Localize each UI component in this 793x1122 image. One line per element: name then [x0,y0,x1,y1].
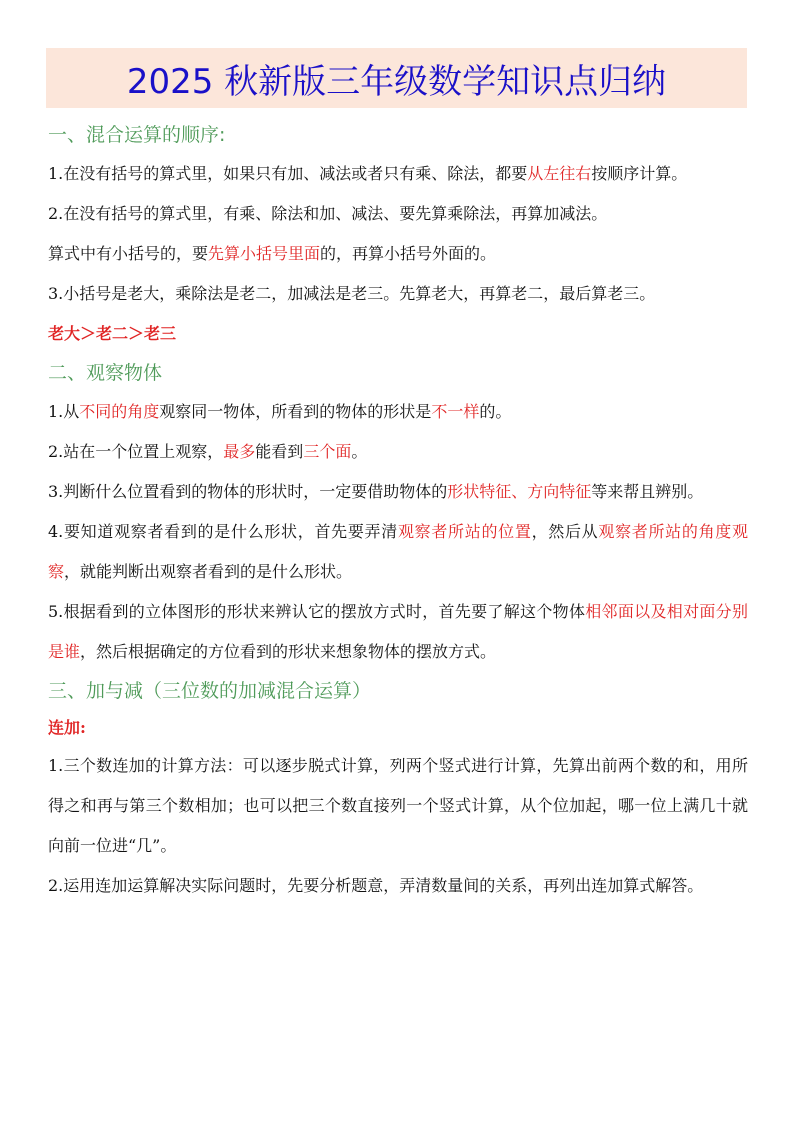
paragraph: 1.在没有括号的算式里，如果只有加、减法或者只有乘、除法，都要从左往右按顺序计算… [48,154,748,194]
highlighted-text: 不同的角度 [79,402,159,421]
body-text: 2.运用连加运算解决实际问题时，先要分析题意，弄清数量间的关系，再列出连加算式解… [48,876,703,895]
body-text: 的，再算小括号外面的。 [320,244,496,263]
body-text: 1.从 [48,402,79,421]
document-title: 2025 秋新版三年级数学知识点归纳 [127,54,666,103]
section-heading: 二、观察物体 [48,354,748,392]
body-text: 1.在没有括号的算式里，如果只有加、减法或者只有乘、除法，都要 [48,164,527,183]
body-text: 的。 [479,402,511,421]
paragraph: 4.要知道观察者看到的是什么形状，首先要弄清观察者所站的位置，然后从观察者所站的… [48,512,748,592]
body-text: 2.在没有括号的算式里，有乘、除法和加、减法、要先算乘除法，再算加减法。 [48,204,607,223]
body-text: 能看到 [255,442,303,461]
section-1: 一、混合运算的顺序:1.在没有括号的算式里，如果只有加、减法或者只有乘、除法，都… [48,116,748,354]
highlighted-text: 从左往右 [527,164,591,183]
paragraph: 2.运用连加运算解决实际问题时，先要分析题意，弄清数量间的关系，再列出连加算式解… [48,866,748,906]
highlighted-text: 形状特征、方向特征 [447,482,591,501]
body-text: 算式中有小括号的，要 [48,244,208,263]
body-text: 按顺序计算。 [591,164,687,183]
highlighted-text: 三个面 [303,442,351,461]
highlighted-text: 观察者所站的位置 [398,522,532,541]
paragraph: 5.根据看到的立体图形的形状来辨认它的摆放方式时，首先要了解这个物体相邻面以及相… [48,592,748,672]
highlighted-text: 先算小括号里面 [208,244,320,263]
body-text: 3.判断什么位置看到的物体的形状时，一定要借助物体的 [48,482,447,501]
highlighted-text: 最多 [223,442,255,461]
paragraph: 2.站在一个位置上观察，最多能看到三个面。 [48,432,748,472]
body-text: ，然后根据确定的方位看到的形状来想象物体的摆放方式。 [80,642,496,661]
title-banner: 2025 秋新版三年级数学知识点归纳 [46,48,747,108]
paragraph: 3.判断什么位置看到的物体的形状时，一定要借助物体的形状特征、方向特征等来帮且辨… [48,472,748,512]
highlighted-text: 不一样 [431,402,479,421]
body-text: ，就能判断出观察者看到的是什么形状。 [64,562,352,581]
paragraph: 算式中有小括号的，要先算小括号里面的，再算小括号外面的。 [48,234,748,274]
body-text: 。 [351,442,367,461]
priority-summary: 老大＞老二＞老三 [48,314,748,354]
paragraph: 1.从不同的角度观察同一物体，所看到的物体的形状是不一样的。 [48,392,748,432]
body-text: ，然后从 [532,522,599,541]
paragraph: 3.小括号是老大，乘除法是老二，加减法是老三。先算老大，再算老二，最后算老三。 [48,274,748,314]
section-heading: 一、混合运算的顺序: [48,116,748,154]
body-text: 4.要知道观察者看到的是什么形状，首先要弄清 [48,522,398,541]
paragraph: 1.三个数连加的计算方法：可以逐步脱式计算，列两个竖式进行计算，先算出前两个数的… [48,746,748,866]
body-text: 3.小括号是老大，乘除法是老二，加减法是老三。先算老大，再算老二，最后算老三。 [48,284,655,303]
paragraph: 2.在没有括号的算式里，有乘、除法和加、减法、要先算乘除法，再算加减法。 [48,194,748,234]
section-subheading: 连加: [48,710,748,746]
document-body: 一、混合运算的顺序:1.在没有括号的算式里，如果只有加、减法或者只有乘、除法，都… [48,116,748,906]
body-text: 1.三个数连加的计算方法：可以逐步脱式计算，列两个竖式进行计算，先算出前两个数的… [48,756,748,855]
section-3: 三、加与减（三位数的加减混合运算）连加:1.三个数连加的计算方法：可以逐步脱式计… [48,672,748,906]
body-text: 2.站在一个位置上观察， [48,442,223,461]
section-heading: 三、加与减（三位数的加减混合运算） [48,672,748,710]
body-text: 等来帮且辨别。 [591,482,703,501]
section-2: 二、观察物体1.从不同的角度观察同一物体，所看到的物体的形状是不一样的。2.站在… [48,354,748,672]
body-text: 观察同一物体，所看到的物体的形状是 [159,402,431,421]
body-text: 5.根据看到的立体图形的形状来辨认它的摆放方式时，首先要了解这个物体 [48,602,585,621]
